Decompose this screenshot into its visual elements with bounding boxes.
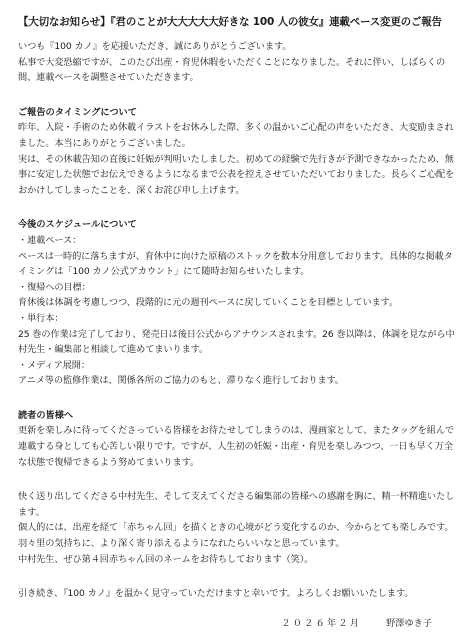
section-schedule: 今後のスケジュールについて ・連載ペース： ペースは一時的に落ちますが、育休中に… <box>18 217 458 389</box>
section-paragraph: 実は、その休載告知の直後に妊娠が判明いたしました。初めての経験で先行きが予測でき… <box>18 152 458 199</box>
schedule-item-text: アニメ等の監修作業は、関係各所のご協力のもと、滞りなく進行しております。 <box>18 373 458 389</box>
intro-paragraph: いつも『100 カノ』を応援いただき、誠にありがとうございます。 <box>18 39 458 55</box>
section-heading: 今後のスケジュールについて <box>18 217 458 233</box>
signature-author: 野澤ゆき子 <box>386 618 432 629</box>
schedule-item-text: ペースは一時的に落ちますが、育休中に向けた原稿のストックを数本分用意しております… <box>18 249 458 280</box>
schedule-item-label: ・メディア展開： <box>18 358 458 374</box>
announcement-document: 【大切なお知らせ】『君のことが大大大大大好きな 100 人の彼女』連載ペース変更… <box>0 0 476 631</box>
section-paragraph: 更新を楽しみに待ってくださっている皆様をお待たせしてしまうのは、漫画家として、ま… <box>18 423 458 470</box>
closing-paragraph: 中村先生、ぜひ第４回赤ちゃん回のネームをお待ちしております（笑）。 <box>18 552 458 568</box>
final-line: 引き続き、『100 カノ』を温かく見守っていただけますと幸いです。よろしくお願い… <box>18 586 458 602</box>
schedule-item-label: ・連載ペース： <box>18 233 458 249</box>
section-paragraph: 昨年、入院・手術のため休載イラストをお休みした際、多くの温かいご心配の声をいただ… <box>18 120 458 151</box>
intro-paragraph: 私事で大変恐縮ですが、このたび出産・育児休暇をいただくことになりました。それに伴… <box>18 55 458 86</box>
section-heading: ご報告のタイミングについて <box>18 105 458 121</box>
signature-date: ２０２６年２月 <box>281 618 361 629</box>
signature: ２０２６年２月 野澤ゆき子 <box>18 616 458 632</box>
closing-paragraph: 快く送り出してくださる中村先生、そして支えてくださる編集部の皆様への感謝を胸に、… <box>18 489 458 520</box>
closing-paragraph: 個人的には、出産を経て「赤ちゃん回」を描くときの心境がどう変化するのか、今からと… <box>18 520 458 551</box>
schedule-item-label: ・復帰への目標： <box>18 280 458 296</box>
schedule-item-text: 育休後は体調を考慮しつつ、段階的に元の週刊ペースに戻していくことを目標としていま… <box>18 295 458 311</box>
section-report-timing: ご報告のタイミングについて 昨年、入院・手術のため休載イラストをお休みした際、多… <box>18 105 458 199</box>
announcement-title: 【大切なお知らせ】『君のことが大大大大大好きな 100 人の彼女』連載ペース変更… <box>18 15 458 29</box>
section-to-readers: 読者の皆様へ 更新を楽しみに待ってくださっている皆様をお待たせしてしまうのは、漫… <box>18 408 458 470</box>
section-heading: 読者の皆様へ <box>18 408 458 424</box>
schedule-item-label: ・単行本： <box>18 311 458 327</box>
schedule-item-text: 25 巻の作業は完了しており、発売日は後日公式からアナウンスされます。26 巻以… <box>18 327 458 358</box>
closing-block: 快く送り出してくださる中村先生、そして支えてくださる編集部の皆様への感謝を胸に、… <box>18 489 458 567</box>
